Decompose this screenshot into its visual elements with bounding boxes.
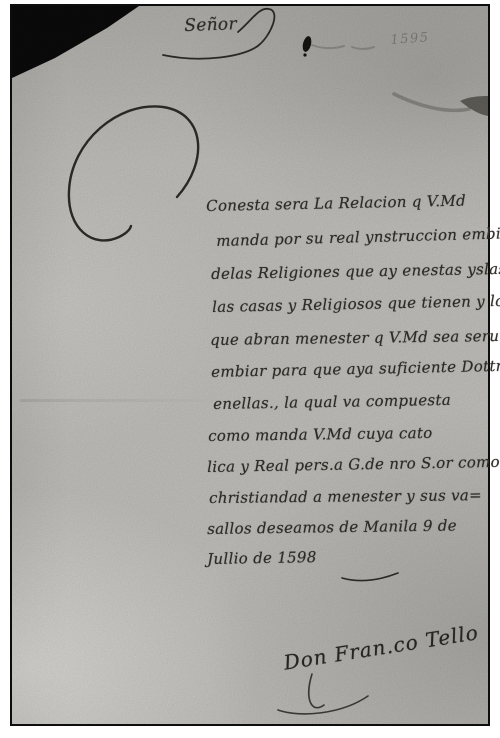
body-line-8: como manda V.Md cuya cato — [208, 424, 433, 445]
ink-blot-icon — [301, 35, 313, 56]
body-line-1: Conesta sera La Relacion q V.Md — [206, 192, 466, 215]
paper: Señor 1595 Conesta sera La Relacion q V.… — [12, 6, 488, 724]
signature-text: Don Fran.co Tello — [282, 620, 480, 675]
body-line-9: lica y Real pers.a G.de nro S.or como la — [207, 453, 500, 476]
paper-fold-line — [20, 399, 230, 402]
body-line-5: que abran menester q V.Md sea seruido — [210, 327, 500, 349]
pencil-marks-icon — [312, 45, 374, 49]
salutation-text: Señor — [184, 14, 237, 36]
body-line-7: enellas., la qual va compuesta — [213, 391, 451, 413]
flourish-capital-icon — [69, 106, 198, 240]
body-line-12: Jullio de 1598 — [207, 548, 317, 568]
body-line-2: manda por su real ynstruccion embie — [216, 224, 500, 250]
signature-flourish-icon — [278, 674, 368, 714]
torn-corner — [12, 6, 142, 81]
body-line-4: las casas y Religiosos que tienen y los — [212, 292, 500, 316]
archival-note: 1595 — [390, 30, 430, 48]
body-line-3: delas Religiones que ay enestas yslas — [211, 260, 500, 283]
body-line-6: embiar para que aya suficiente Dottrina — [211, 356, 500, 381]
manuscript-photo-page: Señor 1595 Conesta sera La Relacion q V.… — [0, 0, 500, 738]
photo-frame: Señor 1595 Conesta sera La Relacion q V.… — [10, 4, 490, 726]
date-underline-icon — [342, 573, 398, 580]
edge-smudge-icon — [394, 94, 488, 116]
body-line-10: christiandad a menester y sus va= — [209, 486, 482, 507]
body-line-11: sallos deseamos de Manila 9 de — [207, 517, 457, 538]
